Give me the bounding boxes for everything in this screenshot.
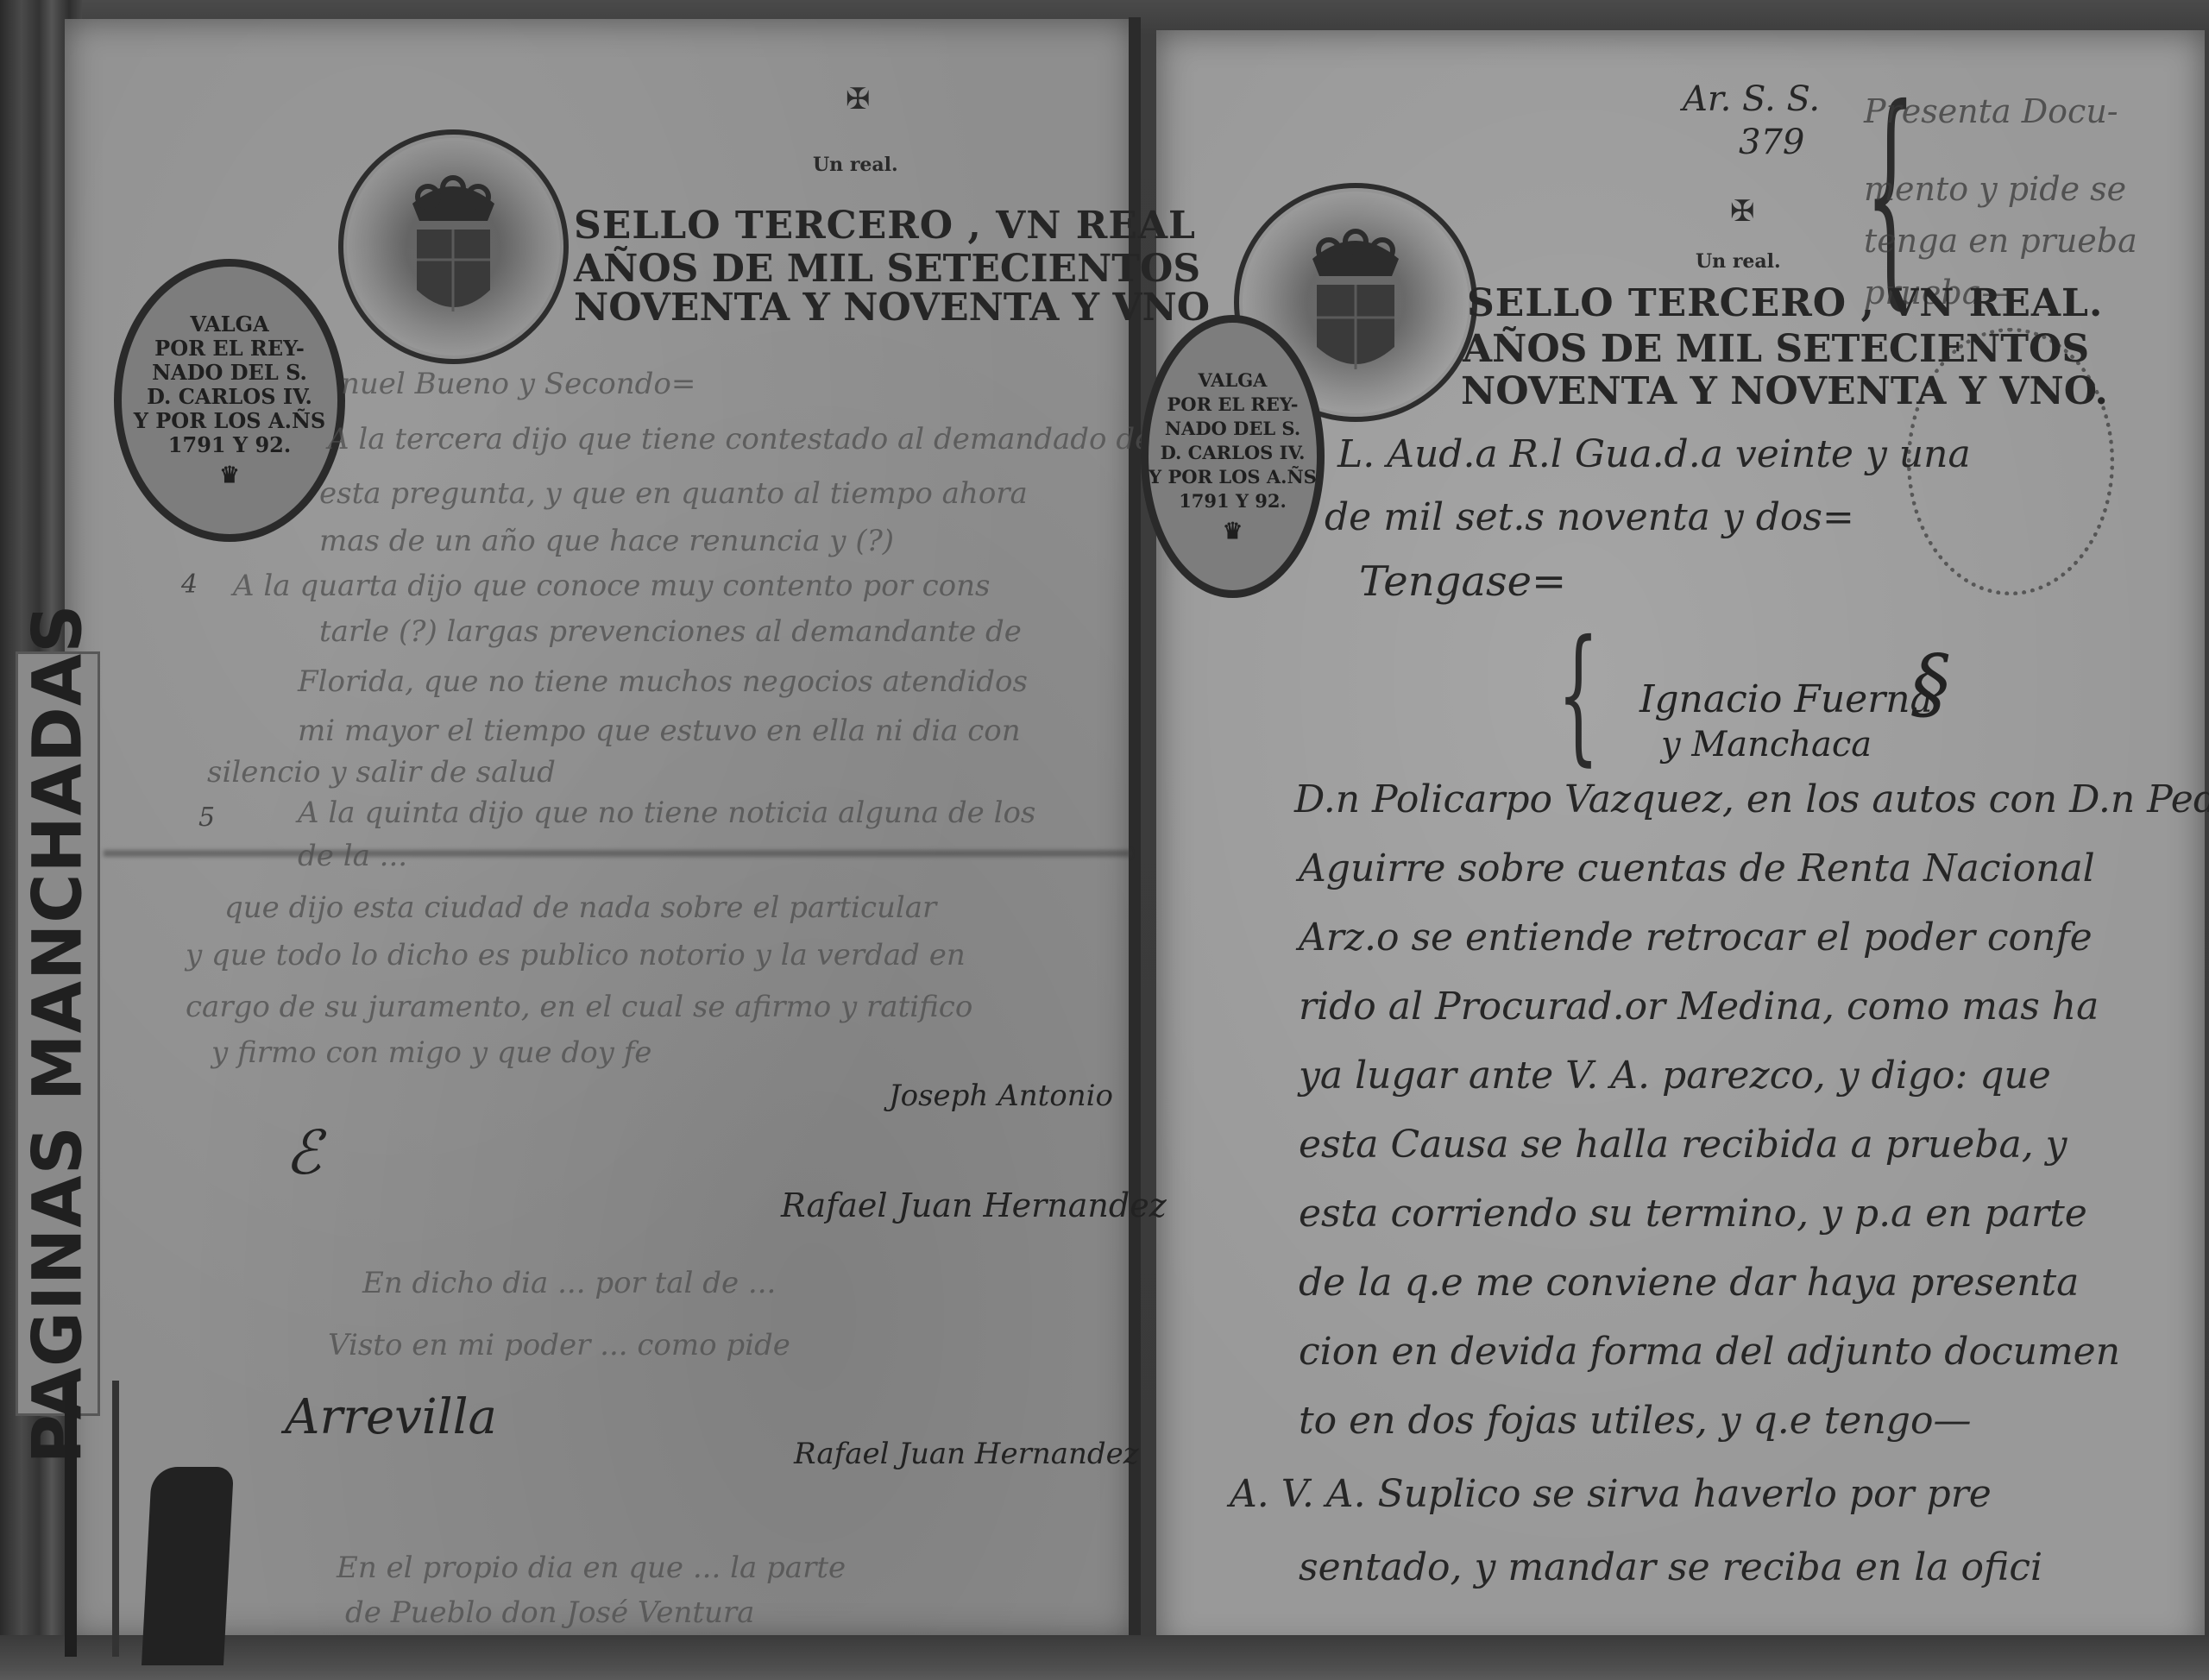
- petition-line: Arz.o se entiende retrocar el poder conf…: [1299, 919, 2093, 957]
- signature-brace-icon: {: [1558, 621, 1600, 768]
- handwritten-line: cargo de su juramento, en el cual se afi…: [186, 992, 972, 1022]
- oval-stamp-line: POR EL REY-: [154, 337, 305, 361]
- petition-line: esta Causa se halla recibida a prueba, y: [1299, 1126, 2067, 1164]
- petition-line: A. V. A. Suplico se sirva haverlo por pr…: [1230, 1476, 1992, 1513]
- signature: Joseph Antonio: [889, 1079, 1113, 1113]
- handwritten-line: Florida, que no tiene muchos negocios at…: [298, 667, 1028, 696]
- archive-reference-number: 379: [1739, 125, 1804, 160]
- handwritten-line: mas de un año que hace renuncia y (?): [319, 526, 894, 556]
- cross-icon: ✠: [846, 82, 871, 116]
- signature: Rafael Juan Hernandez: [781, 1186, 1167, 1224]
- handwritten-line: A la quinta dijo que no tiene noticia al…: [298, 798, 1035, 827]
- archive-stained-pages-label: PAGINAS MANCHADAS: [16, 651, 100, 1416]
- margin-note-line: Presenta Docu-: [1864, 95, 2118, 128]
- handwritten-line: En el propio dia en que ... la parte: [337, 1553, 846, 1582]
- oval-stamp-line: VALGA: [190, 312, 268, 337]
- handwritten-line: y firmo con migo y que doy fe: [211, 1038, 651, 1067]
- oval-stamp-line: Y POR LOS A.ÑS: [1149, 465, 1317, 489]
- handwritten-line: En dicho dia ... por tal de ...: [362, 1268, 776, 1298]
- oval-stamp-line: 1791 Y 92.: [168, 433, 291, 457]
- petition-line: D.n Policarpo Vazquez, en los autos con …: [1294, 781, 2209, 819]
- royal-seal-icon: [338, 129, 569, 364]
- oval-stamp-line: D. CARLOS IV.: [147, 385, 312, 409]
- crown-icon: ♛: [1223, 519, 1243, 544]
- stamped-header-line-2: AÑOS DE MIL SETECIENTOS: [574, 250, 1200, 288]
- oval-stamp-line: 1791 Y 92.: [1179, 489, 1287, 513]
- handwritten-line: de la ...: [298, 841, 407, 871]
- handwritten-line: que dijo esta ciudad de nada sobre el pa…: [224, 893, 936, 922]
- margin-note-line: mento y pide se: [1864, 173, 2126, 205]
- decree-date-line: de mil set.s noventa y dos=: [1325, 499, 1854, 537]
- oval-stamp-line: Y POR LOS A.ÑS: [134, 409, 325, 433]
- binding-tab: [142, 1467, 234, 1665]
- rubric-flourish: §: [1911, 639, 1950, 729]
- rubric-signature: Ignacio Fuerna: [1639, 677, 1933, 721]
- decree-date-line: L. Aud.a R.l Gua.d.a veinte y una: [1337, 436, 1971, 474]
- cross-icon: ✠: [1730, 194, 1755, 229]
- handwritten-line: y que todo lo dicho es publico notorio y…: [186, 941, 966, 970]
- archive-label-text: PAGINAS MANCHADAS: [19, 604, 97, 1464]
- stamped-header-line-1: SELLO TERCERO , VN REAL.: [1467, 285, 2103, 323]
- fold-crease: [104, 850, 1130, 857]
- handwritten-line: A la quarta dijo que conoce muy contento…: [233, 571, 990, 601]
- handwritten-line: Visto en mi poder ... como pide: [328, 1331, 790, 1360]
- oval-stamp-line: POR EL REY-: [1167, 393, 1299, 417]
- rubric-flourish: ℰ: [285, 1117, 321, 1188]
- petition-line: esta corriendo su termino, y p.a en part…: [1299, 1195, 2087, 1233]
- stamped-header-line-3: NOVENTA Y NOVENTA Y VNO: [574, 289, 1210, 327]
- petition-line: rido al Procurad.or Medina, como mas ha: [1299, 988, 2099, 1026]
- oval-stamp-line: VALGA: [1199, 368, 1268, 393]
- oval-validation-stamp: VALGA POR EL REY- NADO DEL S. D. CARLOS …: [1141, 315, 1325, 598]
- handwritten-line: nuel Bueno y Secondo=: [341, 369, 695, 399]
- binding-strap: [112, 1381, 119, 1657]
- handwritten-line: mi mayor el tiempo que estuvo en ella ni…: [298, 716, 1021, 746]
- petition-line: cion en devida forma del adjunto documen: [1299, 1333, 2120, 1371]
- binding-strap: [65, 1381, 77, 1657]
- oval-validation-stamp: VALGA POR EL REY- NADO DEL S. D. CARLOS …: [114, 259, 345, 542]
- margin-number: 4: [181, 569, 198, 600]
- oval-stamp-line: D. CARLOS IV.: [1161, 441, 1306, 465]
- stamp-value-label: Un real.: [1696, 250, 1781, 273]
- handwritten-line: silencio y salir de salud: [207, 758, 556, 787]
- handwritten-line: A la tercera dijo que tiene contestado a…: [328, 425, 1152, 454]
- handwritten-line: de Pueblo don José Ventura: [345, 1598, 754, 1627]
- handwritten-line: esta pregunta, y que en quanto al tiempo…: [319, 479, 1028, 508]
- oval-stamp-line: NADO DEL S.: [1165, 417, 1300, 441]
- oval-stamp-line: NADO DEL S.: [152, 361, 307, 385]
- margin-number: 5: [198, 802, 215, 833]
- handwritten-line: tarle (?) largas prevenciones al demanda…: [319, 617, 1022, 646]
- decree-order: Tengase=: [1359, 561, 1566, 602]
- petition-line: sentado, y mandar se reciba en la ofici: [1299, 1549, 2042, 1587]
- rubric-signature: y Manchaca: [1661, 725, 1872, 764]
- signature: Arrevilla: [285, 1389, 497, 1445]
- petition-line: Aguirre sobre cuentas de Renta Nacional: [1299, 850, 2095, 888]
- archive-reference: Ar. S. S.: [1683, 82, 1820, 116]
- stamped-header-line-1: SELLO TERCERO , VN REAL: [574, 207, 1196, 245]
- crown-icon: ♛: [219, 462, 239, 488]
- petition-line: to en dos fojas utiles, y q.e tengo—: [1299, 1402, 1971, 1440]
- petition-line: de la q.e me conviene dar haya presenta: [1299, 1264, 2079, 1302]
- scan-bottom-edge: [0, 1635, 2209, 1680]
- signature: Rafael Juan Hernandez: [794, 1437, 1139, 1471]
- stamp-value-label: Un real.: [813, 154, 898, 176]
- petition-line: ya lugar ante V. A. parezco, y digo: que: [1299, 1057, 2051, 1095]
- margin-note-line: tenga en prueba: [1864, 224, 2137, 257]
